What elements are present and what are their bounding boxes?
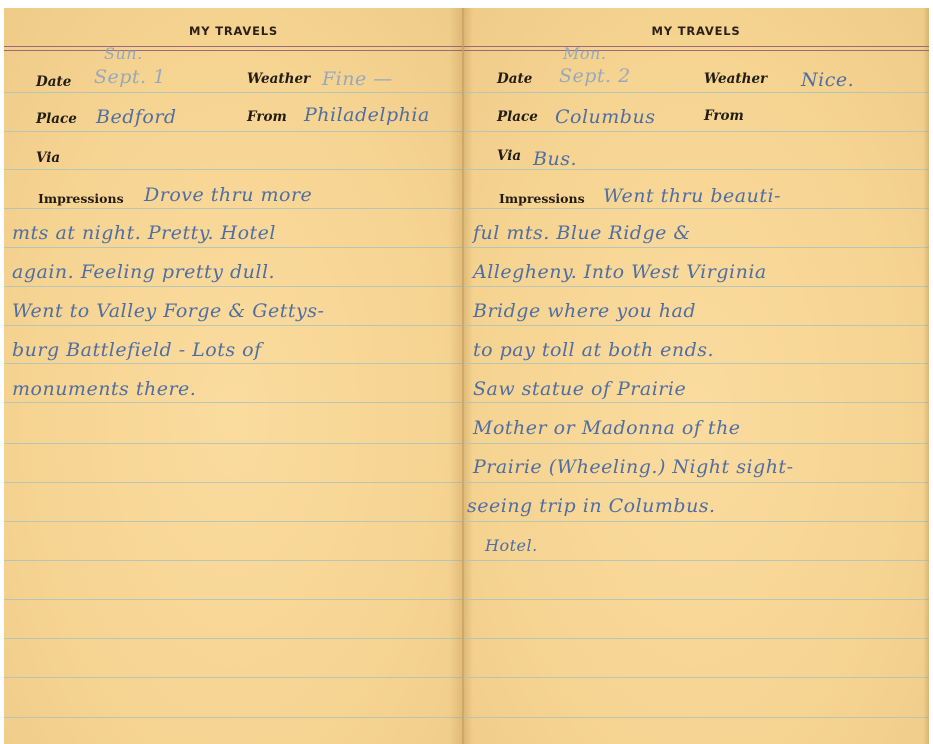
ruled-line [4, 325, 463, 326]
ruled-line [463, 443, 929, 444]
ruled-line [463, 638, 929, 639]
impressions-line: monuments there. [12, 378, 196, 400]
ruled-line [463, 247, 929, 248]
right-page: MY TRAVELS Date Mon. Sept. 2 Weather Nic… [463, 8, 929, 744]
header-double-rule [463, 46, 929, 51]
date-value: Sept. 1 [94, 66, 166, 88]
impressions-line: to pay toll at both ends. [473, 339, 714, 361]
ruled-line [463, 402, 929, 403]
ruled-line [4, 560, 463, 561]
impressions-line: burg Battlefield - Lots of [12, 339, 262, 361]
ruled-line [4, 638, 463, 639]
book-spine [462, 8, 464, 744]
impressions-line: Bridge where you had [473, 300, 696, 322]
via-label: Via [497, 148, 521, 164]
ruled-line [463, 482, 929, 483]
ruled-line [4, 443, 463, 444]
diary-spread: MY TRAVELS Date Sun. Sept. 1 Weather Fin… [4, 8, 929, 744]
place-label: Place [36, 111, 77, 127]
from-value: Philadelphia [304, 104, 430, 126]
weather-label: Weather [247, 71, 310, 87]
weather-label: Weather [704, 71, 767, 87]
date-label: Date [36, 74, 71, 90]
impressions-line: Went thru beauti- [603, 185, 781, 207]
from-label: From [704, 108, 744, 124]
ruled-line [4, 208, 463, 209]
ruled-line [463, 131, 929, 132]
ruled-line [4, 402, 463, 403]
left-page: MY TRAVELS Date Sun. Sept. 1 Weather Fin… [4, 8, 463, 744]
ruled-line [4, 92, 463, 93]
impressions-line: Mother or Madonna of the [473, 417, 741, 439]
ruled-line [4, 599, 463, 600]
impressions-line: ful mts. Blue Ridge & [473, 222, 691, 244]
ruled-line [463, 677, 929, 678]
page-header: MY TRAVELS [463, 24, 929, 38]
ruled-line [4, 286, 463, 287]
impressions-line: Prairie (Wheeling.) Night sight- [473, 456, 793, 478]
header-double-rule [4, 46, 463, 51]
impressions-line: Saw statue of Prairie [473, 378, 686, 400]
ruled-line [4, 131, 463, 132]
place-label: Place [497, 109, 538, 125]
via-value: Bus. [533, 148, 577, 170]
ruled-line [4, 247, 463, 248]
ruled-line [4, 169, 463, 170]
ruled-line [463, 92, 929, 93]
from-label: From [247, 109, 287, 125]
ruled-line [4, 363, 463, 364]
ruled-line [4, 677, 463, 678]
place-value: Columbus [555, 106, 655, 128]
impressions-label: Impressions [499, 191, 585, 206]
ruled-line [463, 363, 929, 364]
ruled-line [463, 717, 929, 718]
page-header: MY TRAVELS [4, 24, 463, 38]
impressions-line: Allegheny. Into West Virginia [473, 261, 767, 283]
weather-value: Fine — [322, 68, 393, 90]
date-day-value: Mon. [563, 44, 606, 63]
impressions-line: Went to Valley Forge & Gettys- [12, 300, 324, 322]
ruled-line [463, 560, 929, 561]
ruled-line [4, 482, 463, 483]
place-value: Bedford [96, 106, 177, 128]
weather-value: Nice. [801, 69, 854, 91]
ruled-line [463, 521, 929, 522]
impressions-line: mts at night. Pretty. Hotel [12, 222, 276, 244]
via-label: Via [36, 150, 60, 166]
ruled-line [463, 208, 929, 209]
impressions-line: again. Feeling pretty dull. [12, 261, 275, 283]
ruled-line [463, 599, 929, 600]
date-label: Date [497, 71, 532, 87]
impressions-line: seeing trip in Columbus. [467, 495, 716, 517]
ruled-line [4, 521, 463, 522]
date-value: Sept. 2 [559, 65, 631, 87]
impressions-line: Drove thru more [144, 184, 312, 206]
impressions-line: Hotel. [485, 536, 538, 555]
ruled-line [463, 325, 929, 326]
ruled-line [463, 286, 929, 287]
date-day-value: Sun. [104, 44, 143, 63]
impressions-label: Impressions [38, 191, 124, 206]
ruled-line [4, 717, 463, 718]
